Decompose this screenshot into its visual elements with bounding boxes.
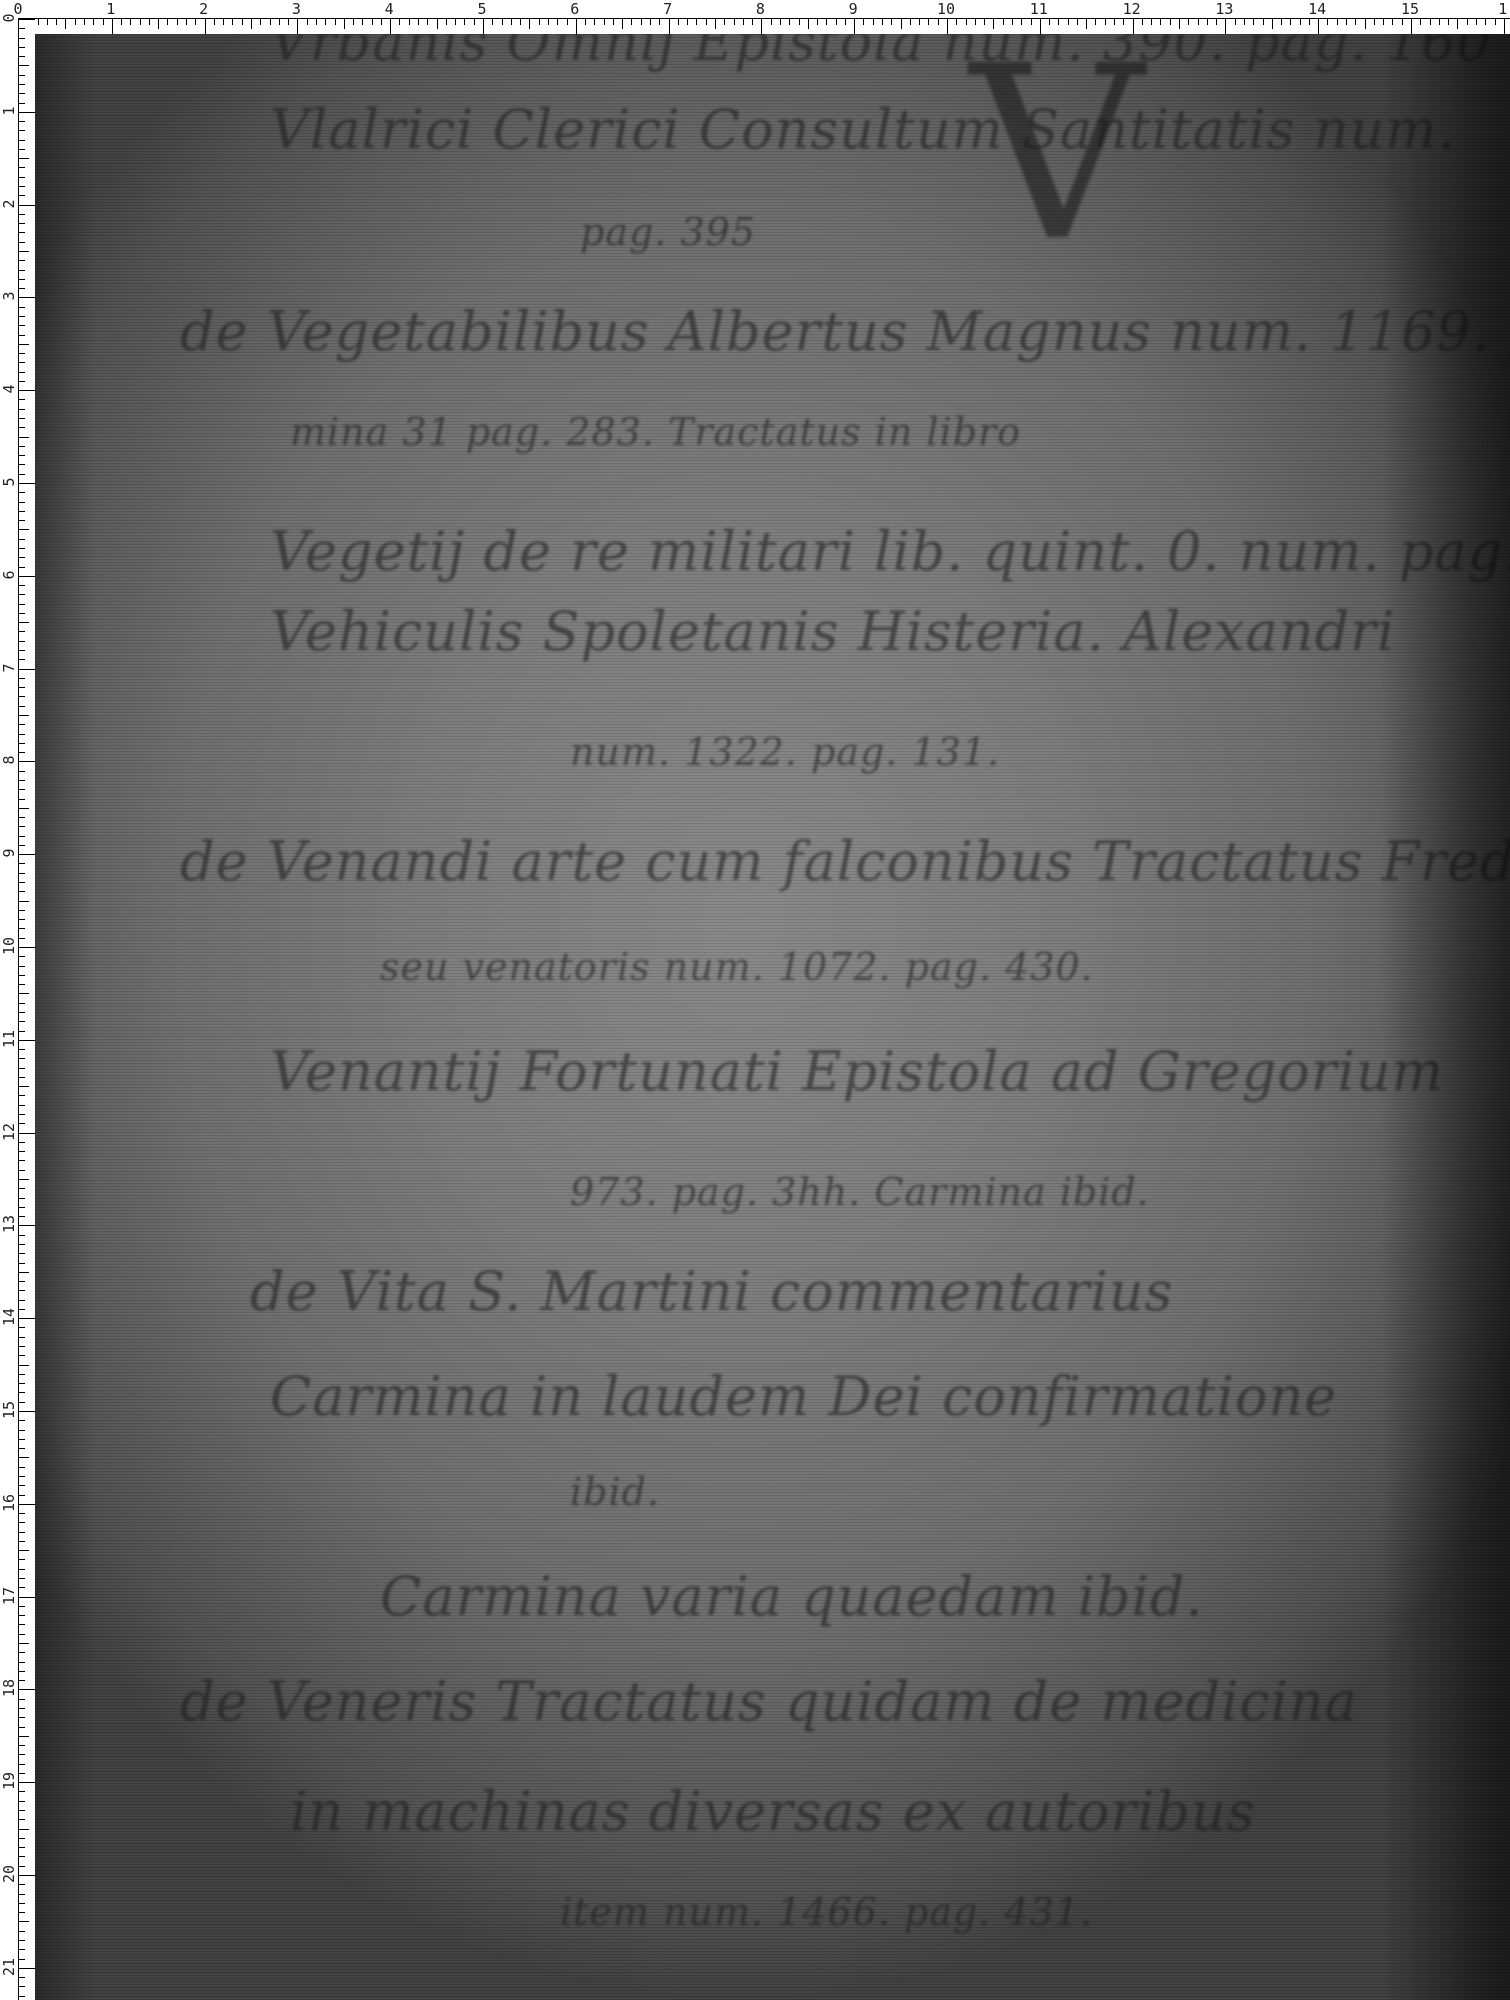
- ruler-tick: [604, 19, 605, 25]
- ruler-tick: [938, 19, 939, 25]
- ruler-tick: [437, 19, 438, 29]
- manuscript-line: pag. 395: [580, 210, 756, 254]
- ruler-tick: [19, 641, 25, 642]
- ruler-tick: [19, 1949, 25, 1950]
- ruler-label: 4: [0, 380, 18, 398]
- ruler-label: 19: [0, 1772, 18, 1790]
- ruler-label: 6: [0, 566, 18, 584]
- manuscript-line: Vlalrici Clerici Consultum Santitatis nu…: [270, 98, 1456, 161]
- ruler-tick: [19, 1095, 25, 1096]
- manuscript-line: Vrbanis Omnij Epistola num. 390. pag. 16…: [270, 34, 1492, 73]
- ruler-tick: [19, 251, 29, 252]
- ruler-tick: [19, 529, 29, 530]
- ruler-tick: [19, 260, 25, 261]
- ruler-tick: [19, 1439, 25, 1440]
- ruler-tick: [19, 1838, 25, 1839]
- ruler-tick: [502, 19, 503, 25]
- ruler-tick: [1346, 19, 1347, 25]
- manuscript-line: de Vegetabilibus Albertus Magnus num. 11…: [180, 300, 1510, 363]
- ruler-tick: [112, 19, 113, 35]
- ruler-tick: [1179, 19, 1180, 29]
- ruler-tick: [205, 19, 206, 35]
- ruler-label: 17: [0, 1587, 18, 1605]
- ruler-tick: [19, 1727, 25, 1728]
- ruler-tick: [650, 19, 651, 25]
- ruler-tick: [1021, 19, 1022, 25]
- ruler-tick: [1244, 19, 1245, 25]
- ruler-tick: [678, 19, 679, 25]
- ruler-tick: [1077, 19, 1078, 25]
- ruler-tick: [19, 975, 25, 976]
- ruler-tick: [84, 19, 85, 25]
- ruler-tick: [19, 1253, 25, 1254]
- ruler-tick: [1504, 19, 1505, 35]
- ruler-label: 21: [0, 1958, 18, 1976]
- ruler-tick: [19, 1615, 25, 1616]
- ruler-tick: [19, 1931, 25, 1932]
- ruler-tick: [1281, 19, 1282, 25]
- ruler-tick: [928, 19, 929, 25]
- ruler-tick: [19, 1021, 25, 1022]
- ruler-tick: [19, 353, 25, 354]
- ruler-tick: [325, 19, 326, 25]
- ruler-tick: [19, 622, 29, 623]
- ruler-tick: [984, 19, 985, 25]
- ruler-tick: [19, 594, 25, 595]
- ruler-tick: [901, 19, 902, 29]
- ruler-tick: [966, 19, 967, 25]
- ruler-tick: [19, 1365, 29, 1366]
- ruler-tick: [19, 761, 35, 762]
- ruler-tick: [19, 1699, 25, 1700]
- ruler-tick: [93, 19, 94, 25]
- ruler-tick: [464, 19, 465, 25]
- ruler-tick: [19, 1068, 25, 1069]
- ruler-tick: [19, 1133, 35, 1134]
- ruler-tick: [19, 771, 25, 772]
- ruler-tick: [1114, 19, 1115, 25]
- ruler-tick: [1253, 19, 1254, 25]
- ruler-tick: [715, 19, 716, 29]
- ruler-tick: [19, 817, 25, 818]
- ruler-tick: [1309, 19, 1310, 25]
- ruler-tick: [19, 734, 25, 735]
- ruler-tick: [483, 19, 484, 35]
- ruler-tick: [19, 103, 25, 104]
- ruler-tick: [19, 1216, 25, 1217]
- ruler-tick: [975, 19, 976, 25]
- ruler-tick: [19, 1903, 25, 1904]
- ruler-top: [18, 18, 1510, 35]
- ruler-tick: [130, 19, 131, 25]
- ruler-tick: [1327, 19, 1328, 25]
- ruler-tick: [223, 19, 224, 25]
- ruler-label: 12: [0, 1123, 18, 1141]
- ruler-tick: [19, 1791, 25, 1792]
- ruler-tick: [19, 1290, 25, 1291]
- ruler-label: 5: [0, 473, 18, 491]
- ruler-tick: [344, 19, 345, 29]
- ruler-tick: [19, 1819, 25, 1820]
- ruler-label: 20: [0, 1865, 18, 1883]
- ruler-tick: [19, 325, 25, 326]
- ruler-tick: [19, 1513, 25, 1514]
- ruler-tick: [19, 1773, 25, 1774]
- manuscript-line: ibid.: [570, 1470, 660, 1514]
- ruler-tick: [734, 19, 735, 25]
- vignette-right: [1380, 34, 1510, 2000]
- ruler-tick: [19, 1634, 25, 1635]
- ruler-tick: [279, 19, 280, 25]
- ruler-tick: [19, 678, 25, 679]
- ruler-tick: [19, 1782, 35, 1783]
- ruler-tick: [19, 1272, 29, 1273]
- ruler-tick: [19, 474, 25, 475]
- ruler-tick: [19, 483, 35, 484]
- ruler-tick: [19, 631, 25, 632]
- ruler-tick: [19, 669, 35, 670]
- ruler-tick: [19, 1764, 25, 1765]
- ruler-tick: [19, 1457, 29, 1458]
- ruler-tick: [836, 19, 837, 25]
- ruler-tick: [19, 1578, 25, 1579]
- ruler-tick: [242, 19, 243, 25]
- ruler-tick: [1151, 19, 1152, 25]
- ruler-label: 3: [0, 287, 18, 305]
- ruler-tick: [19, 1541, 25, 1542]
- ruler-tick: [195, 19, 196, 25]
- ruler-tick: [19, 557, 25, 558]
- ruler-tick: [19, 882, 25, 883]
- ruler-tick: [399, 19, 400, 25]
- ruler-tick: [19, 1504, 35, 1505]
- ruler-label: 14: [0, 1308, 18, 1326]
- ruler-tick: [446, 19, 447, 25]
- ruler-tick: [19, 56, 25, 57]
- ruler-tick: [409, 19, 410, 25]
- ruler-tick: [19, 1671, 25, 1672]
- ruler-tick: [799, 19, 800, 25]
- ruler-tick: [743, 19, 744, 25]
- ruler-tick: [19, 1235, 25, 1236]
- ruler-tick: [19, 1559, 25, 1560]
- ruler-tick: [641, 19, 642, 25]
- ruler-tick: [186, 19, 187, 25]
- ruler-tick: [19, 1829, 29, 1830]
- ruler-tick: [19, 381, 25, 382]
- ruler-tick: [232, 19, 233, 25]
- ruler-tick: [1216, 19, 1217, 25]
- ruler-tick: [19, 1225, 35, 1226]
- ruler-tick: [381, 19, 382, 25]
- ruler-tick: [19, 427, 25, 428]
- ruler-tick: [19, 613, 25, 614]
- ruler-tick: [19, 19, 35, 20]
- ruler-tick: [19, 344, 29, 345]
- ruler-tick: [19, 789, 25, 790]
- ruler-tick: [19, 1003, 25, 1004]
- ruler-tick: [19, 409, 25, 410]
- ruler-tick: [19, 1374, 25, 1375]
- ruler-tick: [19, 659, 25, 660]
- ruler-tick: [19, 1643, 29, 1644]
- ruler-tick: [288, 19, 289, 25]
- ruler-tick: [752, 19, 753, 25]
- ruler-tick: [1430, 19, 1431, 25]
- ruler-tick: [47, 19, 48, 25]
- ruler-tick: [19, 724, 25, 725]
- ruler-tick: [19, 130, 25, 131]
- ruler-tick: [19, 38, 25, 39]
- ruler-tick: [19, 455, 25, 456]
- ruler-tick: [19, 520, 25, 521]
- ruler-tick: [19, 780, 25, 781]
- ruler-tick: [529, 19, 530, 29]
- ruler-tick: [1142, 19, 1143, 25]
- ruler-tick: [956, 19, 957, 25]
- ruler-tick: [19, 1977, 25, 1978]
- ruler-tick: [492, 19, 493, 25]
- ruler-tick: [19, 854, 35, 855]
- ruler-tick: [353, 19, 354, 25]
- ruler-tick: [121, 19, 122, 25]
- ruler-tick: [19, 604, 25, 605]
- ruler-label: 2: [199, 0, 208, 18]
- ruler-tick: [1058, 19, 1059, 25]
- ruler-tick: [19, 548, 25, 549]
- ruler-tick: [19, 307, 25, 308]
- ruler-tick: [687, 19, 688, 25]
- ruler-tick: [1198, 19, 1199, 25]
- ruler-tick: [372, 19, 373, 25]
- ruler-tick: [19, 1309, 25, 1310]
- ruler-tick: [808, 19, 809, 29]
- ruler-tick: [19, 585, 25, 586]
- ruler-label: 14: [1308, 0, 1326, 18]
- ruler-tick: [19, 984, 25, 985]
- ruler-tick: [1355, 19, 1356, 25]
- ruler-tick: [817, 19, 818, 25]
- ruler-tick: [613, 19, 614, 25]
- ruler-tick: [19, 1355, 25, 1356]
- ruler-tick: [19, 1745, 25, 1746]
- ruler-tick: [19, 316, 25, 317]
- ruler-tick: [19, 1810, 25, 1811]
- ruler-tick: [19, 1402, 25, 1403]
- ruler-tick: [19, 1717, 25, 1718]
- ruler-tick: [19, 1318, 35, 1319]
- ruler-tick: [19, 901, 29, 902]
- ruler-tick: [19, 1151, 25, 1152]
- manuscript-line: Carmina varia quaedam ibid.: [380, 1565, 1204, 1628]
- ruler-tick: [19, 743, 25, 744]
- ruler-tick: [1235, 19, 1236, 25]
- ruler-tick: [511, 19, 512, 25]
- ruler-tick: [19, 502, 25, 503]
- ruler-tick: [19, 1198, 25, 1199]
- ruler-label: 1: [1498, 0, 1507, 18]
- ruler-tick: [1003, 19, 1004, 25]
- ruler-tick: [19, 492, 25, 493]
- ruler-tick: [1049, 19, 1050, 25]
- ruler-tick: [520, 19, 521, 25]
- ruler-tick: [576, 19, 577, 35]
- ruler-tick: [19, 464, 25, 465]
- ruler-tick: [260, 19, 261, 25]
- ruler-tick: [362, 19, 363, 25]
- manuscript-line: 973. pag. 3hh. Carmina ibid.: [570, 1170, 1150, 1214]
- ruler-tick: [19, 177, 25, 178]
- ruler-tick: [696, 19, 697, 25]
- ruler-tick: [19, 214, 25, 215]
- ruler-tick: [724, 19, 725, 25]
- ruler-left: [18, 18, 35, 2000]
- ruler-tick: [19, 1912, 25, 1913]
- ruler-tick: [19, 947, 35, 948]
- ruler-tick: [845, 19, 846, 25]
- ruler-tick: [19, 1689, 35, 1690]
- ruler-tick: [19, 158, 29, 159]
- ruler-tick: [19, 1875, 35, 1876]
- ruler-tick: [19, 1448, 25, 1449]
- ruler-label: 9: [849, 0, 858, 18]
- ruler-tick: [19, 1959, 25, 1960]
- ruler-tick: [1188, 19, 1189, 25]
- ruler-tick: [19, 808, 29, 809]
- ruler-tick: [947, 19, 948, 35]
- ruler-tick: [19, 1031, 25, 1032]
- ruler-label: 11: [0, 1030, 18, 1048]
- ruler-tick: [19, 270, 25, 271]
- ruler-label: 1: [0, 102, 18, 120]
- ruler-tick: [567, 19, 568, 25]
- ruler-tick: [539, 19, 540, 25]
- ruler-tick: [19, 928, 25, 929]
- ruler-tick: [307, 19, 308, 25]
- ruler-label: 13: [1215, 0, 1233, 18]
- ruler-tick: [1457, 19, 1458, 29]
- ruler-tick: [891, 19, 892, 25]
- ruler-tick: [706, 19, 707, 25]
- ruler-tick: [19, 28, 25, 29]
- ruler-label: 10: [937, 0, 955, 18]
- ruler-tick: [214, 19, 215, 25]
- ruler-tick: [19, 1188, 25, 1189]
- ruler-tick: [19, 845, 25, 846]
- ruler-tick: [19, 1049, 25, 1050]
- ruler-tick: [1095, 19, 1096, 25]
- manuscript-scan: V Vrbanis Omnij Epistola num. 390. pag. …: [35, 34, 1510, 2000]
- ruler-tick: [1476, 19, 1477, 25]
- ruler-tick: [826, 19, 827, 25]
- ruler-tick: [19, 836, 25, 837]
- ruler-tick: [335, 19, 336, 25]
- ruler-tick: [19, 1894, 25, 1895]
- ruler-tick: [19, 186, 25, 187]
- manuscript-line: de Vita S. Martini commentarius: [250, 1260, 1173, 1323]
- ruler-tick: [19, 687, 25, 688]
- ruler-tick: [19, 1587, 25, 1588]
- ruler-tick: [19, 1662, 25, 1663]
- ruler-tick: [19, 1244, 25, 1245]
- ruler-label: 18: [0, 1679, 18, 1697]
- ruler-tick: [19, 1086, 29, 1087]
- ruler-tick: [1420, 19, 1421, 25]
- ruler-tick: [19, 1495, 25, 1496]
- ruler-tick: [780, 19, 781, 25]
- ruler-tick: [19, 1736, 29, 1737]
- ruler-tick: [19, 1430, 25, 1431]
- ruler-tick: [19, 1281, 25, 1282]
- ruler-tick: [390, 19, 391, 35]
- ruler-tick: [19, 966, 25, 967]
- ruler-tick: [19, 715, 29, 716]
- ruler-tick: [19, 706, 25, 707]
- ruler-tick: [19, 1476, 25, 1477]
- manuscript-line: seu venatoris num. 1072. pag. 430.: [380, 945, 1094, 989]
- ruler-tick: [1365, 19, 1366, 29]
- ruler-tick: [1337, 19, 1338, 25]
- ruler-tick: [19, 372, 25, 373]
- ruler-tick: [19, 910, 25, 911]
- ruler-tick: [56, 19, 57, 25]
- ruler-tick: [1031, 19, 1032, 25]
- ruler-tick: [270, 19, 271, 25]
- ruler-tick: [19, 1170, 25, 1171]
- ruler-tick: [19, 1179, 29, 1180]
- ruler-tick: [19, 956, 25, 957]
- ruler-tick: [19, 1392, 25, 1393]
- vignette-left: [35, 34, 95, 2000]
- ruler-tick: [19, 1105, 25, 1106]
- ruler-label: 7: [0, 659, 18, 677]
- ruler-tick: [19, 446, 25, 447]
- ruler-tick: [19, 1754, 25, 1755]
- ruler-tick: [669, 19, 670, 35]
- ruler-tick: [659, 19, 660, 25]
- ruler-tick: [873, 19, 874, 25]
- ruler-label: 15: [1401, 0, 1419, 18]
- ruler-tick: [19, 1522, 25, 1523]
- ruler-tick: [1467, 19, 1468, 25]
- manuscript-line: Vehiculis Spoletanis Histeria. Alexandri: [270, 600, 1395, 663]
- ruler-tick: [158, 19, 159, 29]
- ruler-tick: [19, 121, 25, 122]
- ruler-tick: [19, 362, 25, 363]
- ruler-tick: [19, 1968, 35, 1969]
- ruler-tick: [789, 19, 790, 25]
- ruler-tick: [1402, 19, 1403, 25]
- ruler-tick: [167, 19, 168, 25]
- ruler-tick: [65, 19, 66, 29]
- ruler-tick: [75, 19, 76, 25]
- ruler-tick: [177, 19, 178, 25]
- ruler-tick: [1133, 19, 1134, 35]
- ruler-tick: [19, 1569, 25, 1570]
- ruler-tick: [19, 112, 35, 113]
- ruler-tick: [557, 19, 558, 25]
- manuscript-line: Carmina in laudem Dei confirmatione: [270, 1365, 1337, 1428]
- ruler-tick: [19, 576, 35, 577]
- ruler-tick: [910, 19, 911, 25]
- manuscript-line: item num. 1466. pag. 431.: [560, 1890, 1093, 1934]
- ruler-tick: [19, 938, 25, 939]
- ruler-tick: [19, 1624, 25, 1625]
- ruler-label: 13: [0, 1215, 18, 1233]
- ruler-tick: [1290, 19, 1291, 25]
- ruler-tick: [19, 399, 25, 400]
- ruler-tick: [19, 511, 25, 512]
